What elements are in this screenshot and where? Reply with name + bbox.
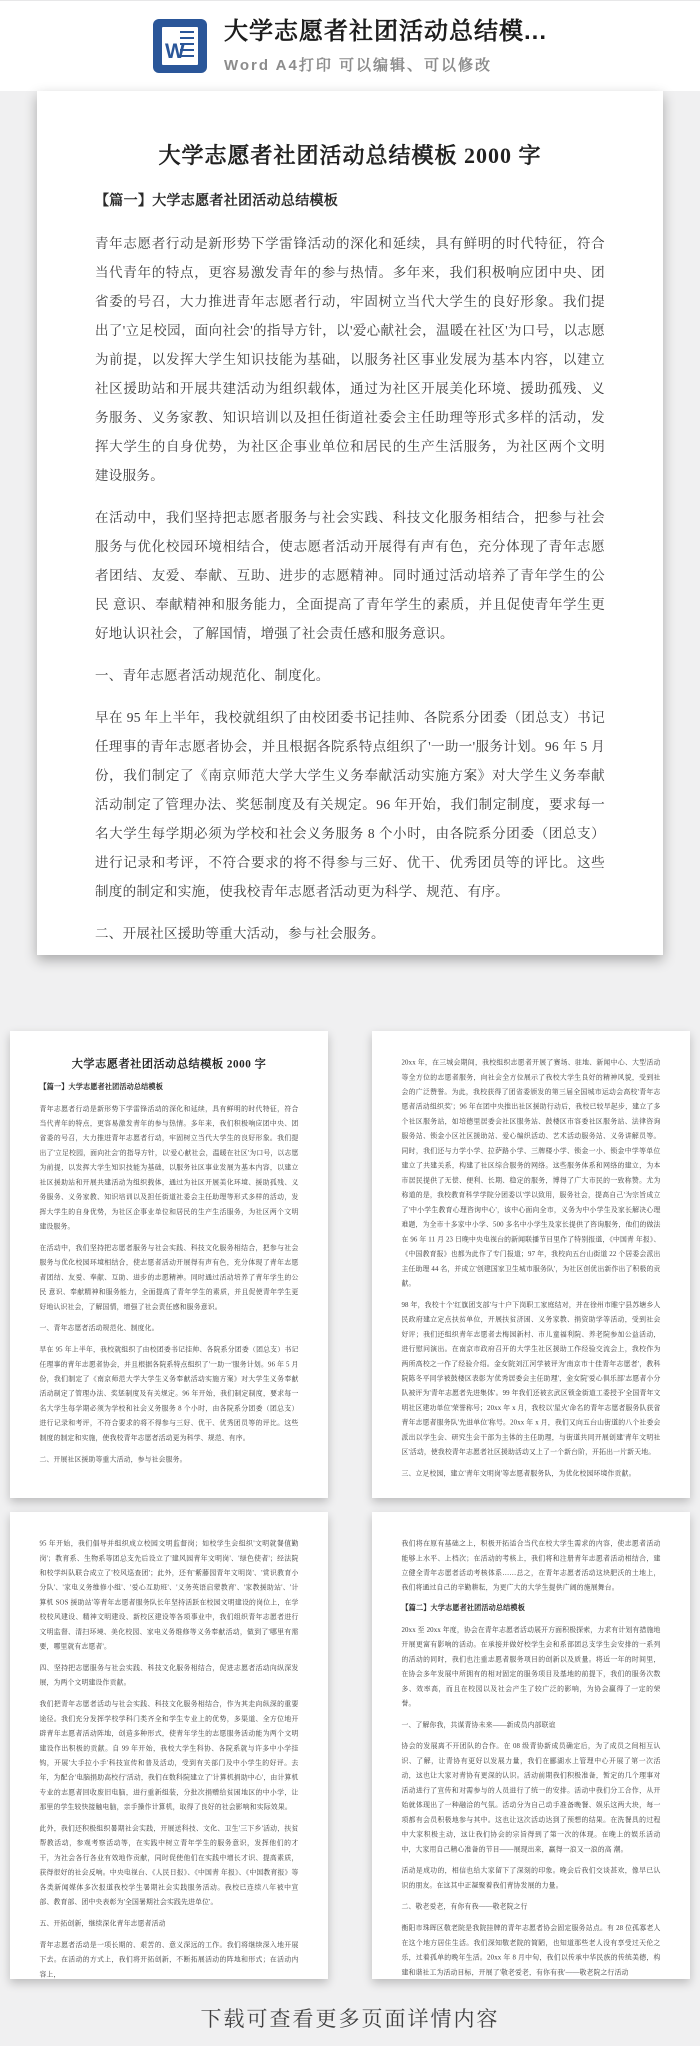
page-3-thumbnail-content: 95 年开始，我们倡导并组织成立校园文明监督岗；如校学生会组织'文明就餐值勤岗'… bbox=[10, 1512, 328, 1979]
document-paragraph: 二、开展社区援助等重大活动，参与社会服务。 bbox=[39, 1452, 298, 1467]
word-file-icon: W bbox=[153, 19, 207, 73]
page-2-thumbnail: 20xx 年，在三城会期间，我校组织志愿者开展了赛场、驻地、新闻中心、大型活动等… bbox=[372, 1031, 690, 1498]
document-paragraph: 二、开展社区援助等重大活动，参与社会服务。 bbox=[95, 919, 605, 948]
page-4-thumbnail-content: 我们将在原有基础之上，积极开拓适合当代在校大学生需求的内容，使志愿者活动能够上水… bbox=[372, 1512, 690, 1979]
page-3-thumbnail: 95 年开始，我们倡导并组织成立校园文明监督岗；如校学生会组织'文明就餐值勤岗'… bbox=[10, 1512, 328, 1979]
document-heading: 【篇一】大学志愿者社团活动总结模板 bbox=[39, 1081, 298, 1094]
document-paragraph: 四、坚持把志愿服务与社会实践、科技文化服务相结合，促进志愿者活动向纵深发展，为两… bbox=[39, 1660, 298, 1689]
document-paragraph: 此外，我们还积极组织暑期社会实践，开展送科技、文化、卫生'三下乡'活动，扶贫帮教… bbox=[39, 1821, 298, 1909]
document-paragraph: 一、青年志愿者活动规范化、制度化。 bbox=[95, 661, 605, 690]
document-paragraph: 早在 95 年上半年，我校就组织了由校团委书记挂帅、各院系分团委（团总支）书记任… bbox=[95, 703, 605, 906]
document-paragraph: 一、青年志愿者活动规范化、制度化。 bbox=[39, 1321, 298, 1336]
page-1-thumbnail: 大学志愿者社团活动总结模板 2000 字【篇一】大学志愿者社团活动总结模板青年志… bbox=[10, 1031, 328, 1498]
document-paragraph: 二、敬老爱老，有你有我——敬老院之行 bbox=[401, 1899, 660, 1914]
document-paragraph: 20xx 年，在三城会期间，我校组织志愿者开展了赛场、驻地、新闻中心、大型活动等… bbox=[401, 1055, 660, 1291]
document-paragraph: 95 年开始，我们倡导并组织成立校园文明监督岗；如校学生会组织'文明就餐值勤岗'… bbox=[39, 1536, 298, 1654]
page-4-thumbnail: 我们将在原有基础之上，积极开拓适合当代在校大学生需求的内容，使志愿者活动能够上水… bbox=[372, 1512, 690, 1979]
header-inner: W 大学志愿者社团活动总结模... Word A4打印 可以编辑、可以修改 bbox=[153, 17, 547, 75]
document-paragraph: 青年志愿者行动是新形势下学雷锋活动的深化和延续，具有鲜明的时代特征，符合当代青年… bbox=[95, 229, 605, 490]
header: W 大学志愿者社团活动总结模... Word A4打印 可以编辑、可以修改 bbox=[0, 0, 700, 91]
document-paragraph: 三、立足校园，建立'青年文明岗'等志愿者服务队，为优化校园环境作贡献。 bbox=[401, 1466, 660, 1481]
document-title: 大学志愿者社团活动总结模板 2000 字 bbox=[39, 1056, 298, 1071]
document-paragraph: 20xx 至 20xx 年度，协会在青年志愿者活动展开方面积极探索，力求有计划有… bbox=[401, 1622, 660, 1710]
document-paragraph: 我们将在原有基础之上，积极开拓适合当代在校大学生需求的内容，使志愿者活动能够上水… bbox=[401, 1536, 660, 1595]
page-thumbnails-grid: 大学志愿者社团活动总结模板 2000 字【篇一】大学志愿者社团活动总结模板青年志… bbox=[10, 1031, 690, 1979]
page-2-thumbnail-content: 20xx 年，在三城会期间，我校组织志愿者开展了赛场、驻地、新闻中心、大型活动等… bbox=[372, 1031, 690, 1498]
word-icon-doc-lines bbox=[180, 31, 194, 61]
document-paragraph: 98 年，我校十个'红旗团支部'与十户下岗职工家庭结对，并在徐州市睢宁县苏塘乡人… bbox=[401, 1297, 660, 1459]
document-paragraph: 五、开拓创新，继续深化青年志愿者活动 bbox=[39, 1916, 298, 1931]
page-1-thumbnail-content: 大学志愿者社团活动总结模板 2000 字【篇一】大学志愿者社团活动总结模板青年志… bbox=[10, 1031, 328, 1498]
document-paragraph: 我们把青年志愿者活动与社会实践、科技文化服务相结合，作为其走向纵深的重要途径。我… bbox=[39, 1696, 298, 1814]
document-paragraph: 在活动中，我们坚持把志愿者服务与社会实践、科技文化服务相结合，把参与社会服务与优… bbox=[39, 1240, 298, 1314]
document-paragraph: 青年志愿者活动是一项长期的、艰苦的、意义深远的工作。我们将继续深入地开展下去。在… bbox=[39, 1937, 298, 1979]
header-text: 大学志愿者社团活动总结模... Word A4打印 可以编辑、可以修改 bbox=[224, 17, 547, 75]
document-paragraph: 一、了解你我，共谋青协未来——新成员内部联谊 bbox=[401, 1717, 660, 1732]
document-paragraph: 早在 95 年上半年，我校就组织了由校团委书记挂帅、各院系分团委（团总支）书记任… bbox=[39, 1342, 298, 1445]
document-file-title: 大学志愿者社团活动总结模... bbox=[224, 17, 547, 47]
document-heading: 【篇一】大学志愿者社团活动总结模板 bbox=[95, 189, 605, 215]
word-icon-sheet: W bbox=[162, 27, 198, 65]
main-page-preview: 大学志愿者社团活动总结模板 2000 字【篇一】大学志愿者社团活动总结模板青年志… bbox=[37, 91, 663, 955]
document-format-info: Word A4打印 可以编辑、可以修改 bbox=[224, 54, 547, 75]
document-paragraph: 活动是成功的，相信也给大家留下了深刻的印象。晚会后我们交谈甚欢，像早已认识的朋友… bbox=[401, 1863, 660, 1892]
document-title: 大学志愿者社团活动总结模板 2000 字 bbox=[95, 141, 605, 171]
document-preview-page: W 大学志愿者社团活动总结模... Word A4打印 可以编辑、可以修改 大学… bbox=[0, 0, 700, 2033]
document-paragraph: 衡阳市珠晖区敬老院是我院挂牌的青年志愿者协会固定服务站点。有 28 位孤寡老人在… bbox=[401, 1920, 660, 1979]
document-heading: 【篇二】大学志愿者社团活动总结模板 bbox=[401, 1602, 660, 1615]
document-paragraph: 在活动中，我们坚持把志愿者服务与社会实践、科技文化服务相结合，把参与社会服务与优… bbox=[95, 503, 605, 648]
download-hint-text: 下载可查看更多页面详情内容 bbox=[0, 2003, 700, 2033]
document-paragraph: 青年志愿者行动是新形势下学雷锋活动的深化和延续，具有鲜明的时代特征，符合当代青年… bbox=[39, 1101, 298, 1234]
page-1-full-preview: 大学志愿者社团活动总结模板 2000 字【篇一】大学志愿者社团活动总结模板青年志… bbox=[37, 91, 663, 955]
document-paragraph: 协会的发展离不开团队的合作。在 08 级青协新成员确定后，为了成员之间相互认识、… bbox=[401, 1739, 660, 1857]
